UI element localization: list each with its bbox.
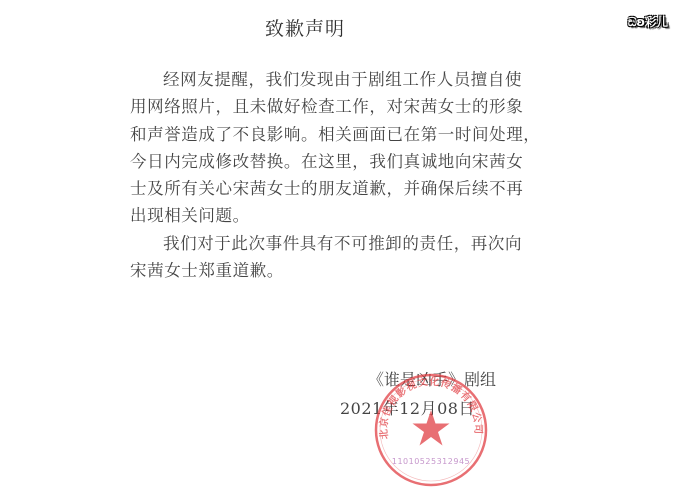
- paragraph-line: 经网友提醒，我们发现由于剧组工作人员擅自使: [130, 66, 540, 93]
- paragraph-line: 用网络照片，且未做好检查工作，对宋茜女士的形象: [130, 93, 540, 120]
- paragraph-line: 我们对于此次事件具有不可推卸的责任，再次向: [130, 230, 540, 257]
- official-seal-icon: 北京佳视影视文化传播有限公司 11010525312945: [372, 372, 490, 488]
- document-title: 致歉声明: [0, 14, 610, 41]
- paragraph-line: 出现相关问题。: [130, 202, 540, 229]
- paragraph-line: 今日内完成修改替换。在这里，我们真诚地向宋茜女: [130, 148, 540, 175]
- paragraph-line: 宋茜女士郑重道歉。: [130, 257, 540, 284]
- svg-text:11010525312945: 11010525312945: [392, 457, 470, 466]
- paragraph-line: 和声誉造成了不良影响。相关画面已在第一时间处理，: [130, 121, 540, 148]
- paragraph-2: 我们对于此次事件具有不可推卸的责任，再次向 宋茜女士郑重道歉。: [130, 230, 540, 285]
- paragraph-line: 士及所有关心宋茜女士的朋友道歉，并确保后续不再: [130, 175, 540, 202]
- watermark-logo: ඞ⁠ʚ⁠彩⁠儿: [628, 13, 668, 30]
- paragraph-1: 经网友提醒，我们发现由于剧组工作人员擅自使 用网络照片，且未做好检查工作，对宋茜…: [130, 66, 540, 230]
